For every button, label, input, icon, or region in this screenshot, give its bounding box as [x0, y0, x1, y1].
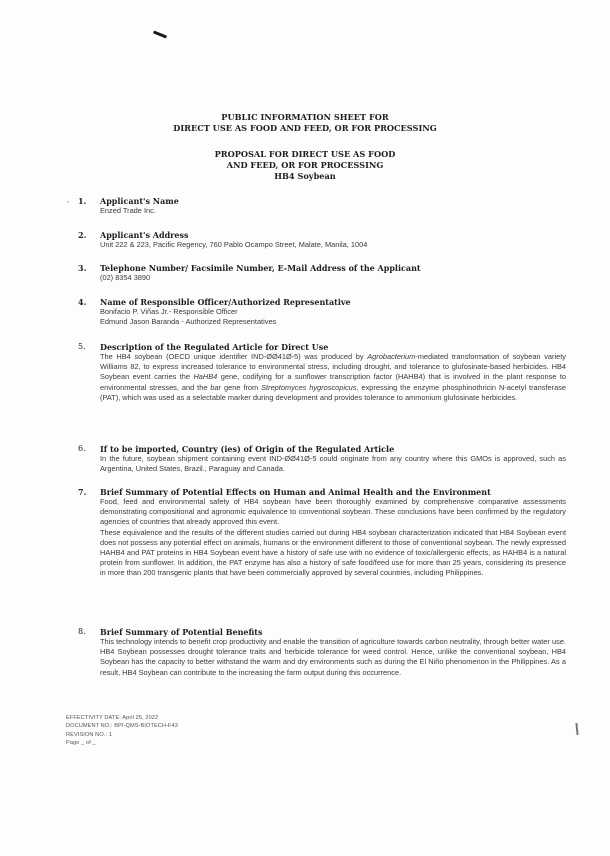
- section-body: Food, feed and environmental safety of H…: [100, 497, 566, 579]
- paragraph: In the future, soybean shipment containi…: [100, 454, 566, 474]
- section-number: 2.: [78, 230, 86, 240]
- section-heading: Applicant's Name: [100, 196, 179, 206]
- page-number: Page _ of _: [66, 739, 178, 747]
- scan-artifact-dot: [67, 201, 69, 203]
- subtitle-line: HB4 Soybean: [0, 171, 610, 182]
- effectivity-date: EFFECTIVITY DATE: April 25, 2022: [66, 714, 178, 722]
- document-title: PUBLIC INFORMATION SHEET FOR DIRECT USE …: [0, 112, 610, 134]
- section-number: 3.: [78, 263, 86, 273]
- scan-artifact-mark: [153, 30, 167, 38]
- section-number: 4.: [78, 297, 86, 307]
- paragraph: These equivalence and the results of the…: [100, 528, 566, 579]
- section-body: In the future, soybean shipment containi…: [100, 454, 566, 474]
- section-number: 6.: [78, 444, 86, 453]
- scan-artifact-edge: [575, 723, 578, 735]
- subtitle-line: AND FEED, OR FOR PROCESSING: [0, 160, 610, 171]
- section-body: The HB4 soybean (OECD unique identifier …: [100, 352, 566, 403]
- paragraph: This technology intends to benefit crop …: [100, 637, 566, 678]
- section-body: This technology intends to benefit crop …: [100, 637, 566, 678]
- section-heading: Brief Summary of Potential Effects on Hu…: [100, 487, 491, 497]
- subtitle-line: PROPOSAL FOR DIRECT USE AS FOOD: [0, 149, 610, 160]
- section-body: Unit 222 & 223, Pacific Regency, 760 Pab…: [100, 240, 566, 250]
- revision-number: REVISION NO.: 1: [66, 731, 178, 739]
- section-number: 5.: [78, 342, 86, 351]
- document-subtitle: PROPOSAL FOR DIRECT USE AS FOOD AND FEED…: [0, 149, 610, 181]
- section-body: Enzed Trade Inc.: [100, 206, 566, 216]
- section-heading: Telephone Number/ Facsimile Number, E-Ma…: [100, 263, 421, 273]
- section-heading: Name of Responsible Officer/Authorized R…: [100, 297, 351, 307]
- section-body: Bonifacio P. Viñas Jr.- Responsible Offi…: [100, 307, 566, 327]
- title-line: PUBLIC INFORMATION SHEET FOR: [0, 112, 610, 123]
- section-number: 7.: [78, 487, 86, 497]
- document-footer: EFFECTIVITY DATE: April 25, 2022 DOCUMEN…: [66, 714, 178, 748]
- paragraph: Food, feed and environmental safety of H…: [100, 497, 566, 528]
- section-body: (02) 8354 3890: [100, 273, 566, 283]
- section-heading: If to be imported, Country (ies) of Orig…: [100, 444, 394, 454]
- section-heading: Description of the Regulated Article for…: [100, 342, 328, 352]
- document-number: DOCUMENT NO.: BPI-QMS-BIOTECH-F43: [66, 722, 178, 730]
- section-number: 1.: [78, 196, 86, 206]
- section-heading: Brief Summary of Potential Benefits: [100, 627, 263, 637]
- section-heading: Applicant's Address: [100, 230, 188, 240]
- paragraph: The HB4 soybean (OECD unique identifier …: [100, 352, 566, 403]
- document-page: PUBLIC INFORMATION SHEET FOR DIRECT USE …: [0, 0, 610, 856]
- section-number: 8.: [78, 627, 86, 636]
- title-line: DIRECT USE AS FOOD AND FEED, OR FOR PROC…: [0, 123, 610, 134]
